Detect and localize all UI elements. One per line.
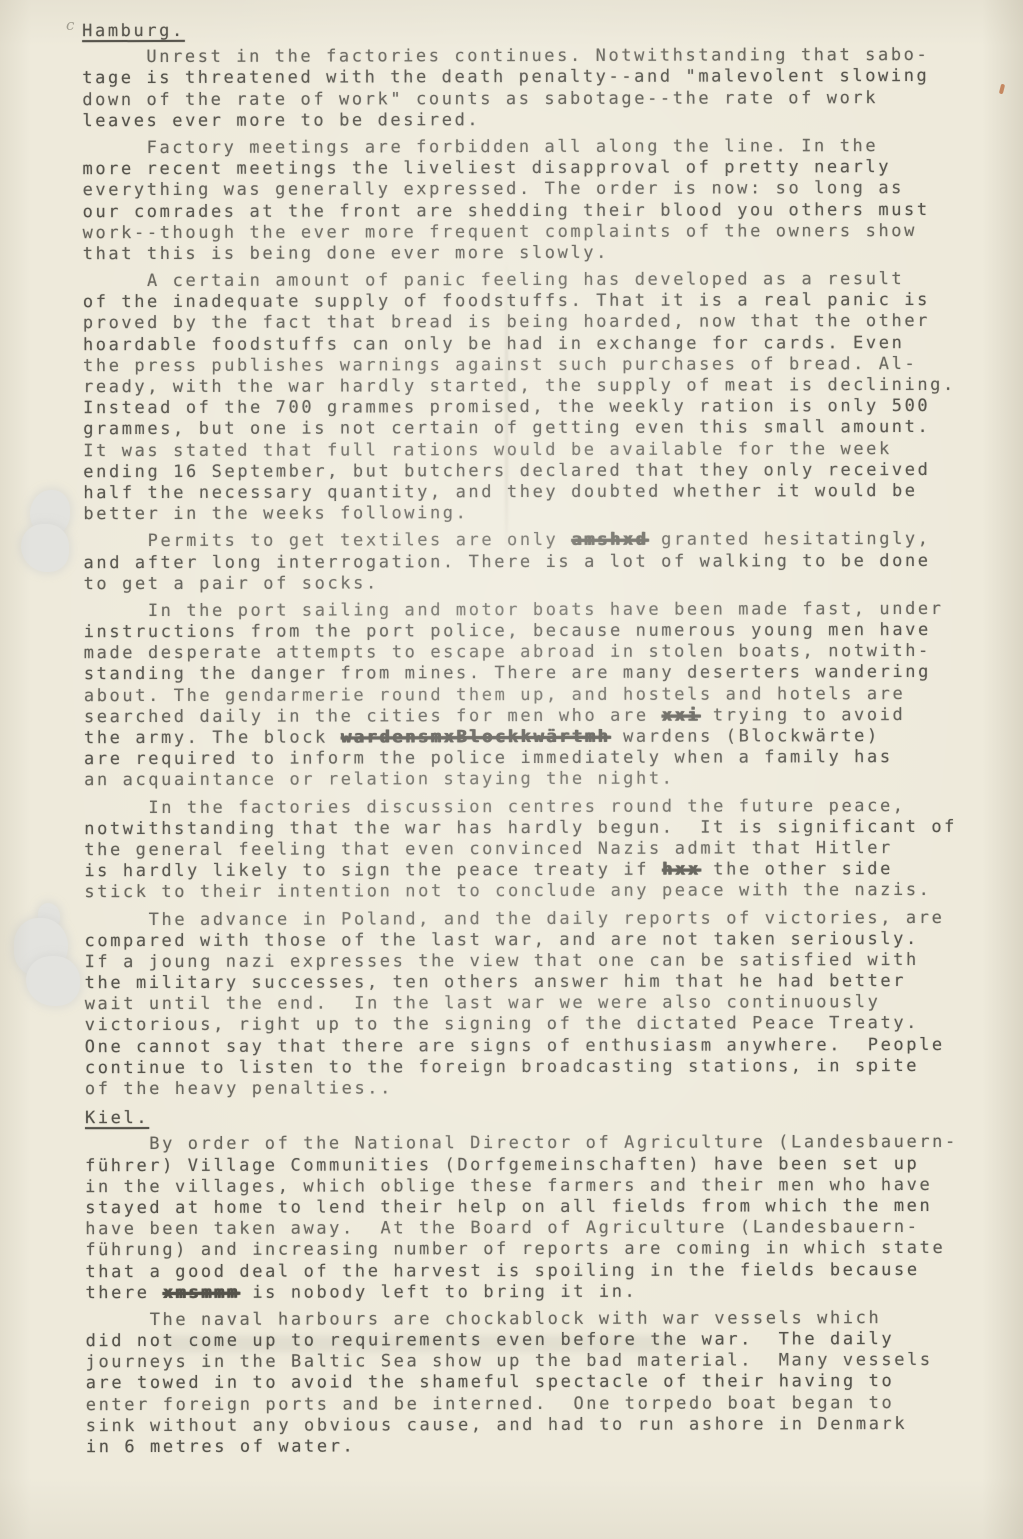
- text-line: the military successes, ten others answe…: [85, 971, 985, 995]
- rust-speck: [999, 84, 1005, 95]
- text-line: have been taken away. At the Board of Ag…: [85, 1217, 985, 1241]
- pencil-margin-mark: c: [66, 16, 74, 34]
- text-line: instructions from the port police, becau…: [84, 620, 984, 644]
- document-section: Kiel. By order of the National Director …: [85, 1106, 986, 1458]
- text-line: and after long interrogation. There is a…: [84, 550, 984, 574]
- text-line: proved by the fact that bread is being h…: [83, 311, 983, 335]
- text-line: about. The gendarmerie round them up, an…: [84, 683, 984, 707]
- text-line: the army. The block wardensmxBlockkwärtm…: [84, 726, 984, 750]
- overstruck-text: xmsmmm: [162, 1282, 239, 1302]
- text-line: compared with those of the last war, and…: [84, 929, 984, 953]
- text-line: In the factories discussion centres roun…: [84, 795, 984, 819]
- paragraph: Permits to get textiles are only amshxd …: [83, 529, 983, 595]
- paper-stain: [26, 956, 80, 1006]
- text-line: did not come up to requirements even bef…: [86, 1329, 986, 1353]
- text-line: continue to listen to the foreign broadc…: [85, 1056, 985, 1080]
- paragraph: The naval harbours are chockablock with …: [85, 1308, 985, 1459]
- text-line: half the necessary quantity, and they do…: [83, 481, 983, 505]
- text-line: made desperate attempts to escape abroad…: [84, 641, 984, 665]
- text-line: an acquaintance or relation staying the …: [84, 768, 984, 792]
- paragraph: A certain amount of panic feeling has de…: [83, 269, 984, 526]
- text-line: notwithstanding that the war has hardly …: [84, 817, 984, 841]
- text-line: in the villages, which oblige these farm…: [85, 1175, 985, 1199]
- paragraph: In the factories discussion centres roun…: [84, 795, 984, 903]
- text-line: are towed in to avoid the shameful spect…: [86, 1371, 986, 1395]
- text-line: enter foreign ports and be interned. One…: [86, 1392, 986, 1416]
- text-line: better in the weeks following.: [83, 502, 983, 526]
- text-line: wait until the end. In the last war we w…: [85, 992, 985, 1016]
- text-line: In the port sailing and motor boats have…: [84, 599, 984, 623]
- text-line: are required to inform the police immedi…: [84, 747, 984, 771]
- text-line: tage is threatened with the death penalt…: [82, 66, 982, 90]
- text-line: is hardly likely to sign the peace treat…: [84, 859, 984, 883]
- text-line: of the inadequate supply of foodstuffs. …: [83, 290, 983, 314]
- text-line: führung) and increasing number of report…: [85, 1238, 985, 1262]
- text-line: that a good deal of the harvest is spoil…: [85, 1259, 985, 1283]
- text-line: victorious, right up to the signing of t…: [85, 1013, 985, 1037]
- text-line: stayed at home to lend their help on all…: [85, 1196, 985, 1220]
- text-line: leaves ever more to be desired.: [82, 109, 982, 133]
- overstruck-text: xxi: [661, 705, 700, 725]
- section-heading: Hamburg.: [82, 19, 982, 43]
- paragraph: In the port sailing and motor boats have…: [84, 599, 984, 792]
- text-line: grammes, but one is not certain of getti…: [83, 417, 983, 441]
- text-line: Factory meetings are forbidden all along…: [82, 136, 982, 160]
- text-line: down of the rate of work" counts as sabo…: [82, 87, 982, 111]
- text-line: of the heavy penalties..: [85, 1077, 985, 1101]
- text-line: If a joung nazi expresses the view that …: [85, 950, 985, 974]
- text-line: Permits to get textiles are only amshxd …: [83, 529, 983, 553]
- paragraph: By order of the National Director of Agr…: [85, 1132, 985, 1304]
- text-line: everything was generally expressed. The …: [83, 178, 983, 202]
- text-line: stick to their intention not to conclude…: [84, 880, 984, 904]
- text-line: A certain amount of panic feeling has de…: [83, 269, 983, 293]
- overstruck-text: amshxd: [571, 530, 648, 550]
- text-line: hoardable foodstuffs can only be had in …: [83, 332, 983, 356]
- paragraph: The advance in Poland, and the daily rep…: [84, 907, 984, 1100]
- text-line: there xmsmmm is nobody left to bring it …: [85, 1281, 985, 1305]
- text-line: The advance in Poland, and the daily rep…: [84, 907, 984, 931]
- text-line: more recent meetings the liveliest disap…: [82, 157, 982, 181]
- overstruck-text: hxx: [662, 860, 701, 880]
- text-line: It was stated that full rations would be…: [83, 438, 983, 462]
- text-line: to get a pair of socks.: [84, 572, 984, 596]
- text-line: Instead of the 700 grammes promised, the…: [83, 396, 983, 420]
- text-line: One cannot say that there are signs of e…: [85, 1034, 985, 1058]
- section-heading: Kiel.: [85, 1106, 985, 1130]
- text-line: journeys in the Baltic Sea show up the b…: [86, 1350, 986, 1374]
- text-line: ending 16 September, but butchers declar…: [83, 460, 983, 484]
- paragraph: Factory meetings are forbidden all along…: [82, 136, 982, 265]
- text-line: standing the danger from mines. There ar…: [84, 662, 984, 686]
- document-section: Hamburg. Unrest in the factories continu…: [82, 19, 985, 1101]
- text-line: führer) Village Communities (Dorfgemeins…: [85, 1153, 985, 1177]
- text-line: in 6 metres of water.: [86, 1435, 986, 1459]
- text-line: our comrades at the front are shedding t…: [83, 199, 983, 223]
- text-line: The naval harbours are chockablock with …: [85, 1308, 985, 1332]
- text-line: the general feeling that even convinced …: [84, 838, 984, 862]
- overstruck-text: wardensmxBlockkwärtmh: [341, 727, 611, 748]
- scanned-document-page: c Hamburg. Unrest in the factories conti…: [0, 0, 1023, 1539]
- text-line: the press publishes warnings against suc…: [83, 354, 983, 378]
- text-line: searched daily in the cities for men who…: [84, 705, 984, 729]
- text-line: that this is being done ever more slowly…: [83, 242, 983, 266]
- document-body: Hamburg. Unrest in the factories continu…: [82, 19, 986, 1465]
- text-line: By order of the National Director of Agr…: [85, 1132, 985, 1156]
- text-line: work--though the ever more frequent comp…: [83, 221, 983, 245]
- text-line: ready, with the war hardly started, the …: [83, 375, 983, 399]
- text-line: sink without any obvious cause, and had …: [86, 1414, 986, 1438]
- text-line: Unrest in the factories continues. Notwi…: [82, 45, 982, 69]
- paper-stain: [21, 524, 69, 572]
- paragraph: Unrest in the factories continues. Notwi…: [82, 45, 982, 132]
